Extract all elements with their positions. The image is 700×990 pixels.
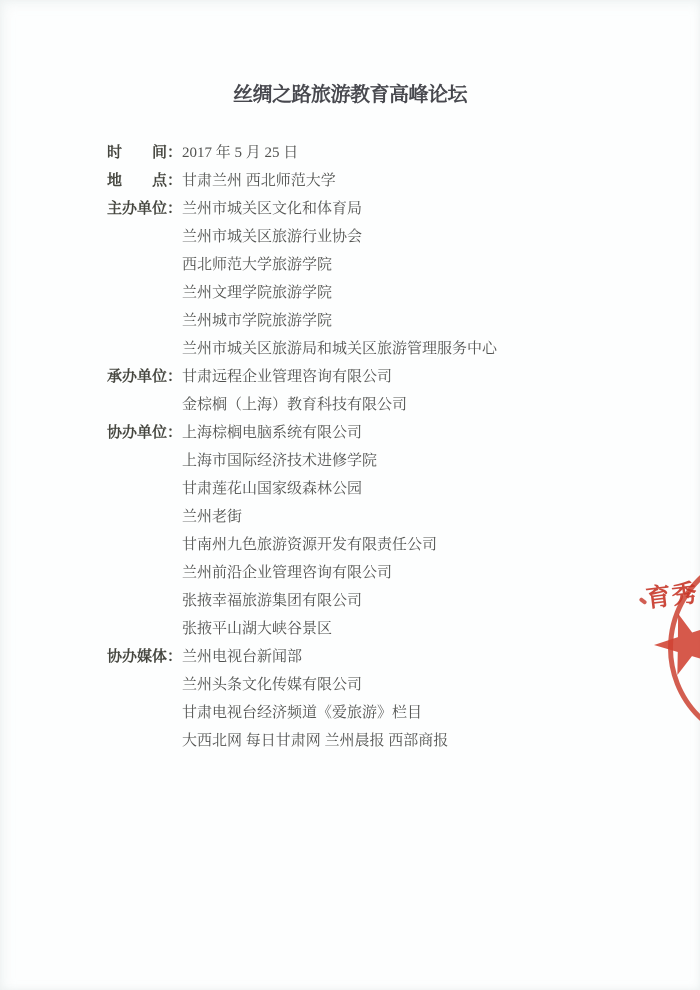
doc-line: 西北师范大学旅游学院	[107, 251, 670, 279]
section-label: 协办单位：	[107, 419, 182, 447]
org-name: 兰州市城关区文化和体育局	[182, 201, 362, 217]
section-label: 地点：	[107, 167, 182, 195]
org-name: 兰州电视台新闻部	[182, 649, 302, 665]
doc-line: 甘南州九色旅游资源开发有限责任公司	[107, 531, 670, 559]
doc-line: 协办单位：上海棕榈电脑系统有限公司	[107, 419, 670, 447]
document-title: 丝绸之路旅游教育高峰论坛	[0, 84, 700, 106]
org-name: 兰州头条文化传媒有限公司	[182, 677, 362, 693]
doc-line: 协办媒体：兰州电视台新闻部	[107, 643, 670, 671]
org-name: 甘肃远程企业管理咨询有限公司	[182, 369, 392, 385]
section-label: 承办单位：	[107, 363, 182, 391]
org-name: 兰州市城关区旅游行业协会	[182, 229, 362, 245]
org-name: 张掖平山湖大峡谷景区	[182, 621, 332, 637]
org-name: 甘肃莲花山国家级森林公园	[182, 481, 362, 497]
org-name: 大西北网 每日甘肃网 兰州晨报 西部商报	[182, 733, 448, 749]
org-name: 甘肃电视台经济频道《爱旅游》栏目	[182, 705, 422, 721]
doc-line: 兰州前沿企业管理咨询有限公司	[107, 559, 670, 587]
doc-body: 时间：2017 年 5 月 25 日地点：甘肃兰州 西北师范大学主办单位：兰州市…	[107, 139, 670, 755]
org-name: 甘肃兰州 西北师范大学	[182, 173, 336, 189]
org-name: 西北师范大学旅游学院	[182, 257, 332, 273]
doc-line: 张掖平山湖大峡谷景区	[107, 615, 670, 643]
doc-line: 兰州市城关区旅游行业协会	[107, 223, 670, 251]
doc-line: 兰州文理学院旅游学院	[107, 279, 670, 307]
org-name: 兰州老街	[182, 509, 242, 525]
org-name: 兰州市城关区旅游局和城关区旅游管理服务中心	[182, 341, 497, 357]
org-name: 张掖幸福旅游集团有限公司	[182, 593, 362, 609]
doc-line: 时间：2017 年 5 月 25 日	[107, 139, 670, 167]
doc-line: 兰州头条文化传媒有限公司	[107, 671, 670, 699]
doc-line: 地点：甘肃兰州 西北师范大学	[107, 167, 670, 195]
doc-line: 金棕榈（上海）教育科技有限公司	[107, 391, 670, 419]
org-name: 金棕榈（上海）教育科技有限公司	[182, 397, 407, 413]
doc-line: 兰州城市学院旅游学院	[107, 307, 670, 335]
doc-line: 上海市国际经济技术进修学院	[107, 447, 670, 475]
doc-line: 甘肃莲花山国家级森林公园	[107, 475, 670, 503]
seal-circle-arc	[668, 549, 700, 747]
org-name: 兰州文理学院旅游学院	[182, 285, 332, 301]
doc-line: 主办单位：兰州市城关区文化和体育局	[107, 195, 670, 223]
org-name: 兰州城市学院旅游学院	[182, 313, 332, 329]
doc-line: 承办单位：甘肃远程企业管理咨询有限公司	[107, 363, 670, 391]
org-name: 上海市国际经济技术进修学院	[182, 453, 377, 469]
scanned-document-page: 丝绸之路旅游教育高峰论坛 时间：2017 年 5 月 25 日地点：甘肃兰州 西…	[0, 0, 700, 990]
doc-line: 甘肃电视台经济频道《爱旅游》栏目	[107, 699, 670, 727]
doc-line: 大西北网 每日甘肃网 兰州晨报 西部商报	[107, 727, 670, 755]
section-label: 协办媒体：	[107, 643, 182, 671]
org-name: 2017 年 5 月 25 日	[182, 145, 298, 161]
org-name: 甘南州九色旅游资源开发有限责任公司	[182, 537, 437, 553]
org-name: 兰州前沿企业管理咨询有限公司	[182, 565, 392, 581]
doc-line: 张掖幸福旅游集团有限公司	[107, 587, 670, 615]
section-label: 时间：	[107, 139, 182, 167]
doc-line: 兰州市城关区旅游局和城关区旅游管理服务中心	[107, 335, 670, 363]
org-name: 上海棕榈电脑系统有限公司	[182, 425, 362, 441]
doc-line: 兰州老街	[107, 503, 670, 531]
section-label: 主办单位：	[107, 195, 182, 223]
